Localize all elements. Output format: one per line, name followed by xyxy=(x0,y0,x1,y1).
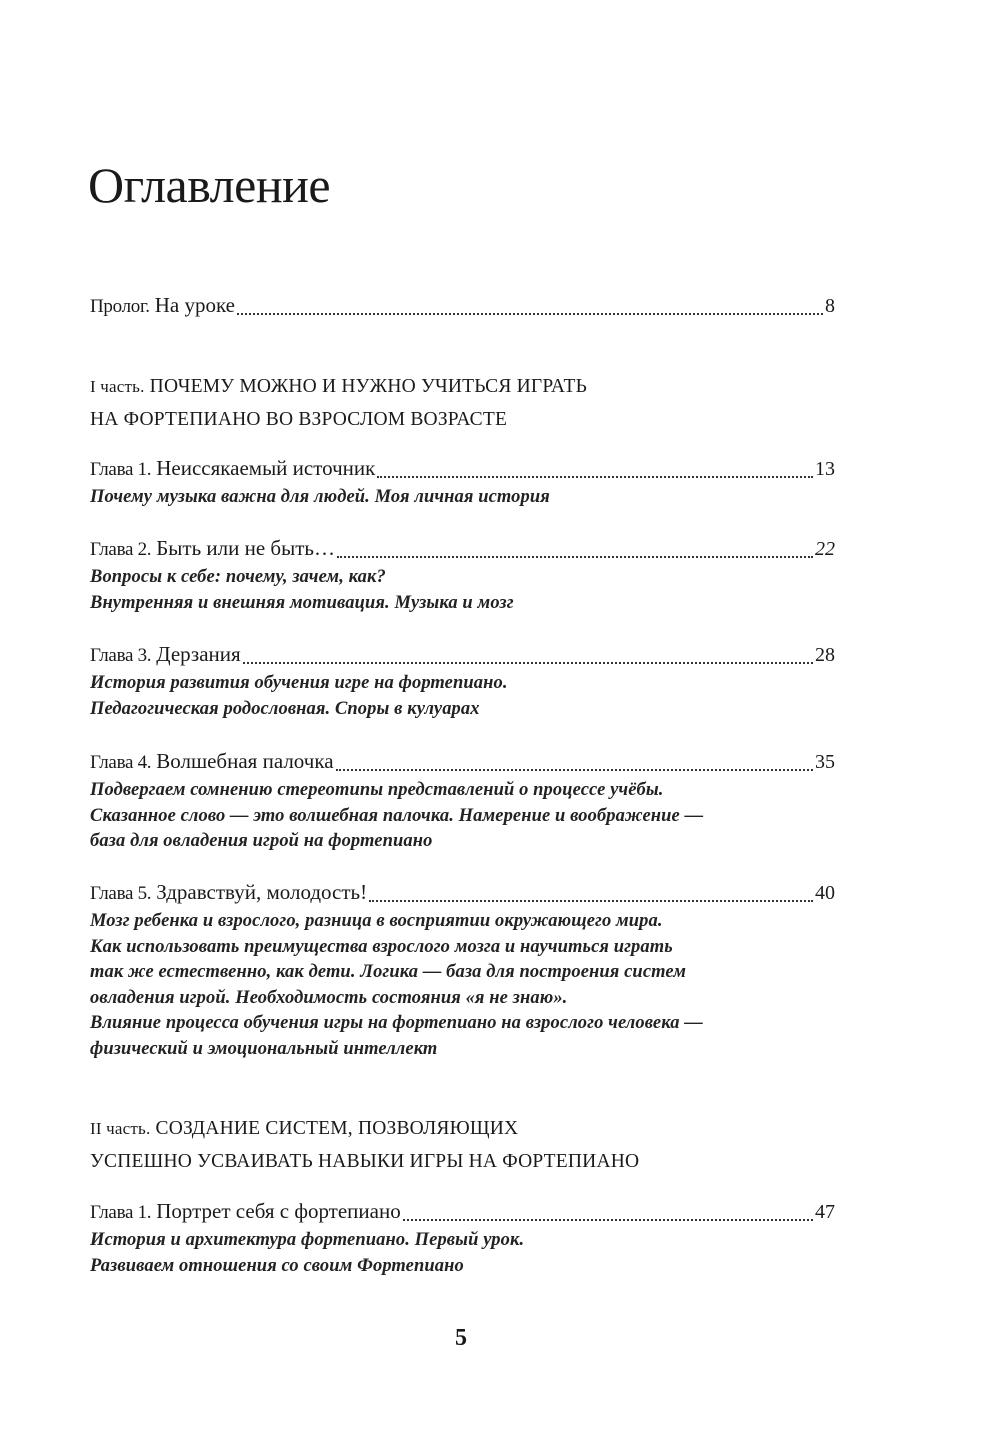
entry-page: 22 xyxy=(815,534,835,564)
entry-title: Портрет себя с фортепиано xyxy=(156,1196,400,1226)
toc-entry-chapter[interactable]: Глава 4. Волшебная палочка 35 Подвергаем… xyxy=(90,746,835,855)
entry-description: Подвергаем сомнению стереотипы представл… xyxy=(90,778,835,855)
entry-title: На уроке xyxy=(155,290,235,320)
toc-entry-chapter[interactable]: Глава 3. Дерзания 28 История развития об… xyxy=(90,639,835,722)
entry-prefix: Глава 3. xyxy=(90,641,151,671)
dot-leader xyxy=(237,312,823,315)
part-prefix: I часть. xyxy=(90,377,145,396)
dot-leader xyxy=(377,475,813,478)
part-heading-1: I часть. ПОЧЕМУ МОЖНО И НУЖНО УЧИТЬСЯ ИГ… xyxy=(90,370,835,436)
part-title-line2: НА ФОРТЕПИАНО ВО ВЗРОСЛОМ ВОЗРАСТЕ xyxy=(90,403,835,436)
page-title: Оглавление xyxy=(88,160,330,210)
entry-description: История и архитектура фортепиано. Первый… xyxy=(90,1228,835,1279)
dot-leader xyxy=(403,1218,813,1221)
part-prefix: II часть. xyxy=(90,1119,150,1138)
entry-title: Быть или не быть… xyxy=(156,533,335,563)
entry-page: 28 xyxy=(815,640,835,670)
entry-description: Мозг ребенка и взрослого, разница в восп… xyxy=(90,909,835,1062)
entry-page: 8 xyxy=(825,291,835,321)
toc-entry-chapter[interactable]: Глава 2. Быть или не быть… 22 Вопросы к … xyxy=(90,533,835,616)
entry-prefix: Глава 5. xyxy=(90,879,151,909)
entry-prefix: Глава 1. xyxy=(90,1198,151,1228)
dot-leader xyxy=(243,661,813,664)
desc-line: Развиваем отношения со своим Фортепиано xyxy=(90,1254,835,1280)
toc-entry-chapter[interactable]: Глава 5. Здравствуй, молодость! 40 Мозг … xyxy=(90,877,835,1062)
dot-leader xyxy=(337,555,813,558)
entry-title: Волшебная палочка xyxy=(156,746,333,776)
part-title-line1: ПОЧЕМУ МОЖНО И НУЖНО УЧИТЬСЯ ИГРАТЬ xyxy=(150,376,587,397)
desc-line: Педагогическая родословная. Споры в кулу… xyxy=(90,697,835,723)
desc-line: овладения игрой. Необходимость состояния… xyxy=(90,986,835,1012)
desc-line: Подвергаем сомнению стереотипы представл… xyxy=(90,778,835,804)
entry-prefix: Глава 2. xyxy=(90,535,151,565)
toc-entry-chapter[interactable]: Глава 1. Неиссякаемый источник 13 Почему… xyxy=(90,453,835,511)
entry-page: 13 xyxy=(815,454,835,484)
entry-description: Почему музыка важна для людей. Моя лична… xyxy=(90,485,835,511)
desc-line: Влияние процесса обучения игры на фортеп… xyxy=(90,1011,835,1037)
entry-title: Неиссякаемый источник xyxy=(156,453,375,483)
entry-title: Здравствуй, молодость! xyxy=(156,877,367,907)
entry-title: Дерзания xyxy=(156,639,240,669)
desc-line: Сказанное слово — это волшебная палочка.… xyxy=(90,804,835,830)
entry-prefix: Глава 4. xyxy=(90,748,151,778)
desc-line: так же естественно, как дети. Логика — б… xyxy=(90,960,835,986)
page-number: 5 xyxy=(455,1325,467,1352)
desc-line: История и архитектура фортепиано. Первый… xyxy=(90,1228,835,1254)
desc-line: Как использовать преимущества взрослого … xyxy=(90,935,835,961)
entry-description: Вопросы к себе: почему, зачем, как? Внут… xyxy=(90,565,835,616)
entry-page: 47 xyxy=(815,1197,835,1227)
toc-entry-chapter[interactable]: Глава 1. Портрет себя с фортепиано 47 Ис… xyxy=(90,1196,835,1279)
desc-line: Внутренняя и внешняя мотивация. Музыка и… xyxy=(90,591,835,617)
dot-leader xyxy=(336,768,813,771)
desc-line: физический и эмоциональный интеллект xyxy=(90,1037,835,1063)
dot-leader xyxy=(369,899,813,902)
part-heading-2: II часть. СОЗДАНИЕ СИСТЕМ, ПОЗВОЛЯЮЩИХ У… xyxy=(90,1112,835,1178)
entry-prefix: Пролог. xyxy=(90,292,150,322)
desc-line: История развития обучения игре на фортеп… xyxy=(90,671,835,697)
desc-line: Почему музыка важна для людей. Моя лична… xyxy=(90,485,835,511)
entry-page: 35 xyxy=(815,747,835,777)
toc-entry-prologue[interactable]: Пролог. На уроке 8 xyxy=(90,290,835,322)
part-title-line1: СОЗДАНИЕ СИСТЕМ, ПОЗВОЛЯЮЩИХ xyxy=(156,1118,519,1139)
desc-line: база для овладения игрой на фортепиано xyxy=(90,829,835,855)
desc-line: Вопросы к себе: почему, зачем, как? xyxy=(90,565,835,591)
part-title-line2: УСПЕШНО УСВАИВАТЬ НАВЫКИ ИГРЫ НА ФОРТЕПИ… xyxy=(90,1145,835,1178)
desc-line: Мозг ребенка и взрослого, разница в восп… xyxy=(90,909,835,935)
entry-description: История развития обучения игре на фортеп… xyxy=(90,671,835,722)
entry-prefix: Глава 1. xyxy=(90,455,151,485)
entry-page: 40 xyxy=(815,878,835,908)
